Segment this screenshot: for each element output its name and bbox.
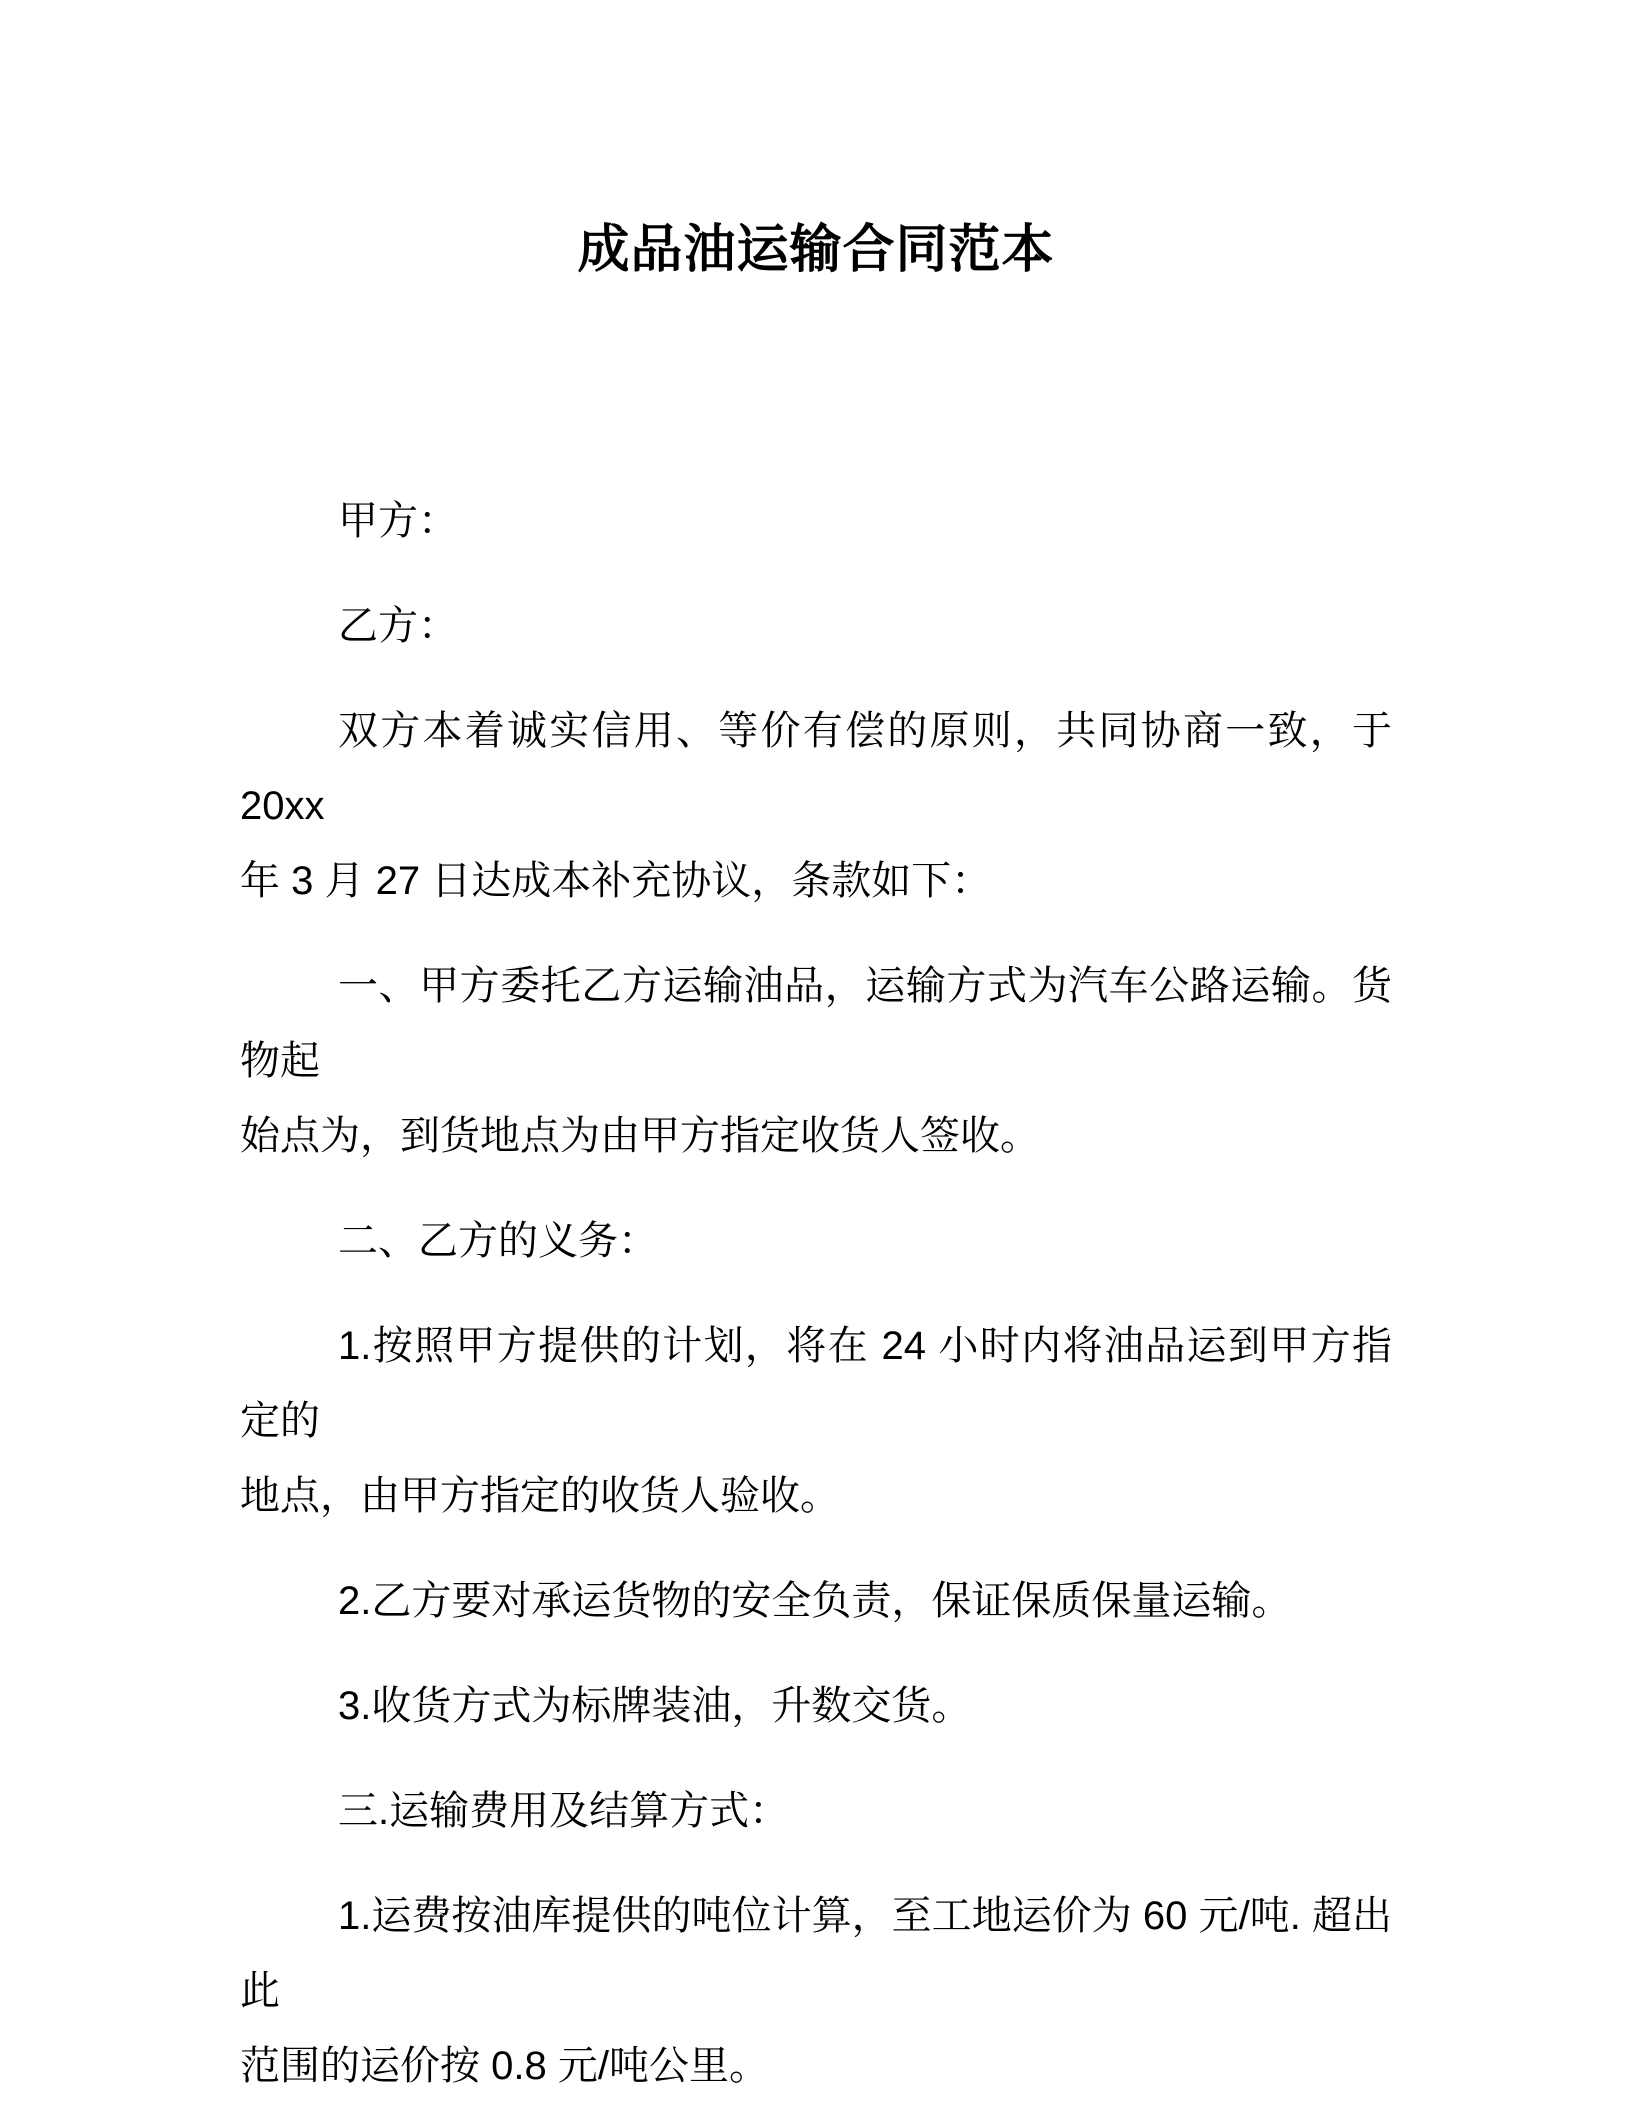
clause-3-item-1: 1.运费按油库提供的吨位计算，至工地运价为 60 元/吨. 超出此 范围的运价按…: [240, 1879, 1392, 2104]
clause-2-item-2: 2.乙方要对承运货物的安全负责，保证保质保量运输。: [240, 1564, 1392, 1639]
clause-2-item-1: 1.按照甲方提供的计划，将在 24 小时内将油品运到甲方指定的 地点，由甲方指定…: [240, 1309, 1392, 1534]
contract-title: 成品油运输合同范本: [240, 205, 1392, 295]
party-a-line: 甲方：: [240, 484, 1392, 559]
clause-1-paragraph: 一、甲方委托乙方运输油品，运输方式为汽车公路运输。货物起 始点为，到货地点为由甲…: [240, 949, 1392, 1174]
clause-2-heading: 二、乙方的义务：: [240, 1204, 1392, 1279]
clause-3-heading: 三.运输费用及结算方式：: [240, 1774, 1392, 1849]
preamble-paragraph: 双方本着诚实信用、等价有偿的原则，共同协商一致，于 20xx 年 3 月 27 …: [240, 694, 1392, 919]
clause-2-item-3: 3.收货方式为标牌装油，升数交货。: [240, 1669, 1392, 1744]
party-b-line: 乙方：: [240, 589, 1392, 664]
document-page: 成品油运输合同范本 甲方： 乙方： 双方本着诚实信用、等价有偿的原则，共同协商一…: [0, 0, 1632, 2112]
